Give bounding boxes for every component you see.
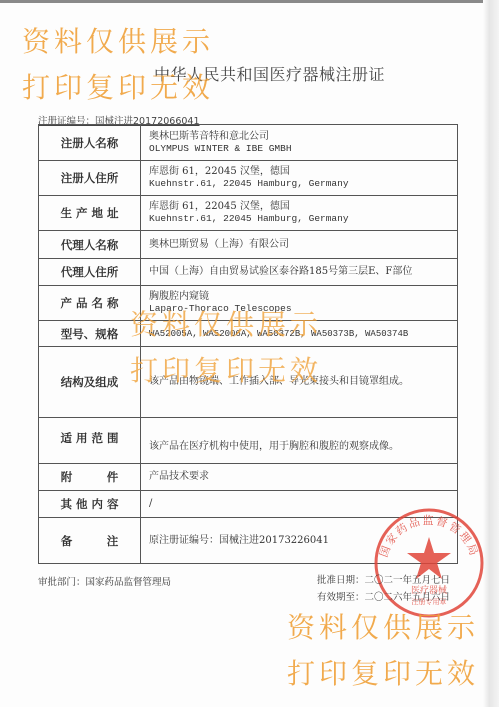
scan-edge [0,0,499,3]
row-label: 其 他 内 容 [39,491,141,518]
table-row: 代理人住所 中国（上海）自由贸易试验区泰谷路185号第三层E、F部位 [39,259,458,286]
table-row: 生 产 地 址 库恩街 61，22045 汉堡，德国Kuehnstr.61, 2… [39,196,458,231]
row-value: 奥林巴斯贸易（上海）有限公司 [141,231,458,259]
row-label: 适 用 范 围 [39,418,141,464]
row-value: 该产品在医疗机构中使用，用于胸腔和腹腔的观察成像。 [141,418,458,464]
table-row: 代理人名称 奥林巴斯贸易（上海）有限公司 [39,231,458,259]
row-label: 附 件 [39,464,141,491]
dates-block: 批准日期：二〇二一年五月七日 有效期至：二〇二六年五月六日 [317,572,450,606]
row-value: 库恩街 61，22045 汉堡，德国Kuehnstr.61, 22045 Ham… [141,196,458,231]
valid-until: 有效期至：二〇二六年五月六日 [317,589,450,606]
row-label: 代理人名称 [39,231,141,259]
table-row: 注册人名称 奥林巴斯苇音特和意北公司OLYMPUS WINTER & IBE G… [39,125,458,161]
watermark-middle: 资料仅供展示 打印复印无效 [130,303,322,389]
row-label: 型号、规格 [39,321,141,347]
table-row: 附 件 产品技术要求 [39,464,458,491]
table-row: 注册人住所 库恩街 61，22045 汉堡，德国Kuehnstr.61, 220… [39,161,458,196]
watermark-bottom: 资料仅供展示 打印复印无效 [287,606,479,692]
row-value: 奥林巴斯苇音特和意北公司OLYMPUS WINTER & IBE GMBH [141,125,458,161]
row-label: 注册人住所 [39,161,141,196]
row-label: 生 产 地 址 [39,196,141,231]
row-value: 产品技术要求 [141,464,458,491]
row-label: 注册人名称 [39,125,141,161]
row-value: 中国（上海）自由贸易试验区泰谷路185号第三层E、F部位 [141,259,458,286]
approval-department: 审批部门：国家药品监督管理局 [38,574,171,588]
row-label: 备 注 [39,518,141,564]
watermark-top: 资料仅供展示 打印复印无效 [22,20,214,106]
row-label: 产 品 名 称 [39,286,141,321]
row-label: 代理人住所 [39,259,141,286]
approval-date: 批准日期：二〇二一年五月七日 [317,572,450,589]
table-row: 适 用 范 围 该产品在医疗机构中使用，用于胸腔和腹腔的观察成像。 [39,418,458,464]
row-label: 结构及组成 [39,347,141,418]
row-value: 库恩街 61，22045 汉堡，德国Kuehnstr.61, 22045 Ham… [141,161,458,196]
